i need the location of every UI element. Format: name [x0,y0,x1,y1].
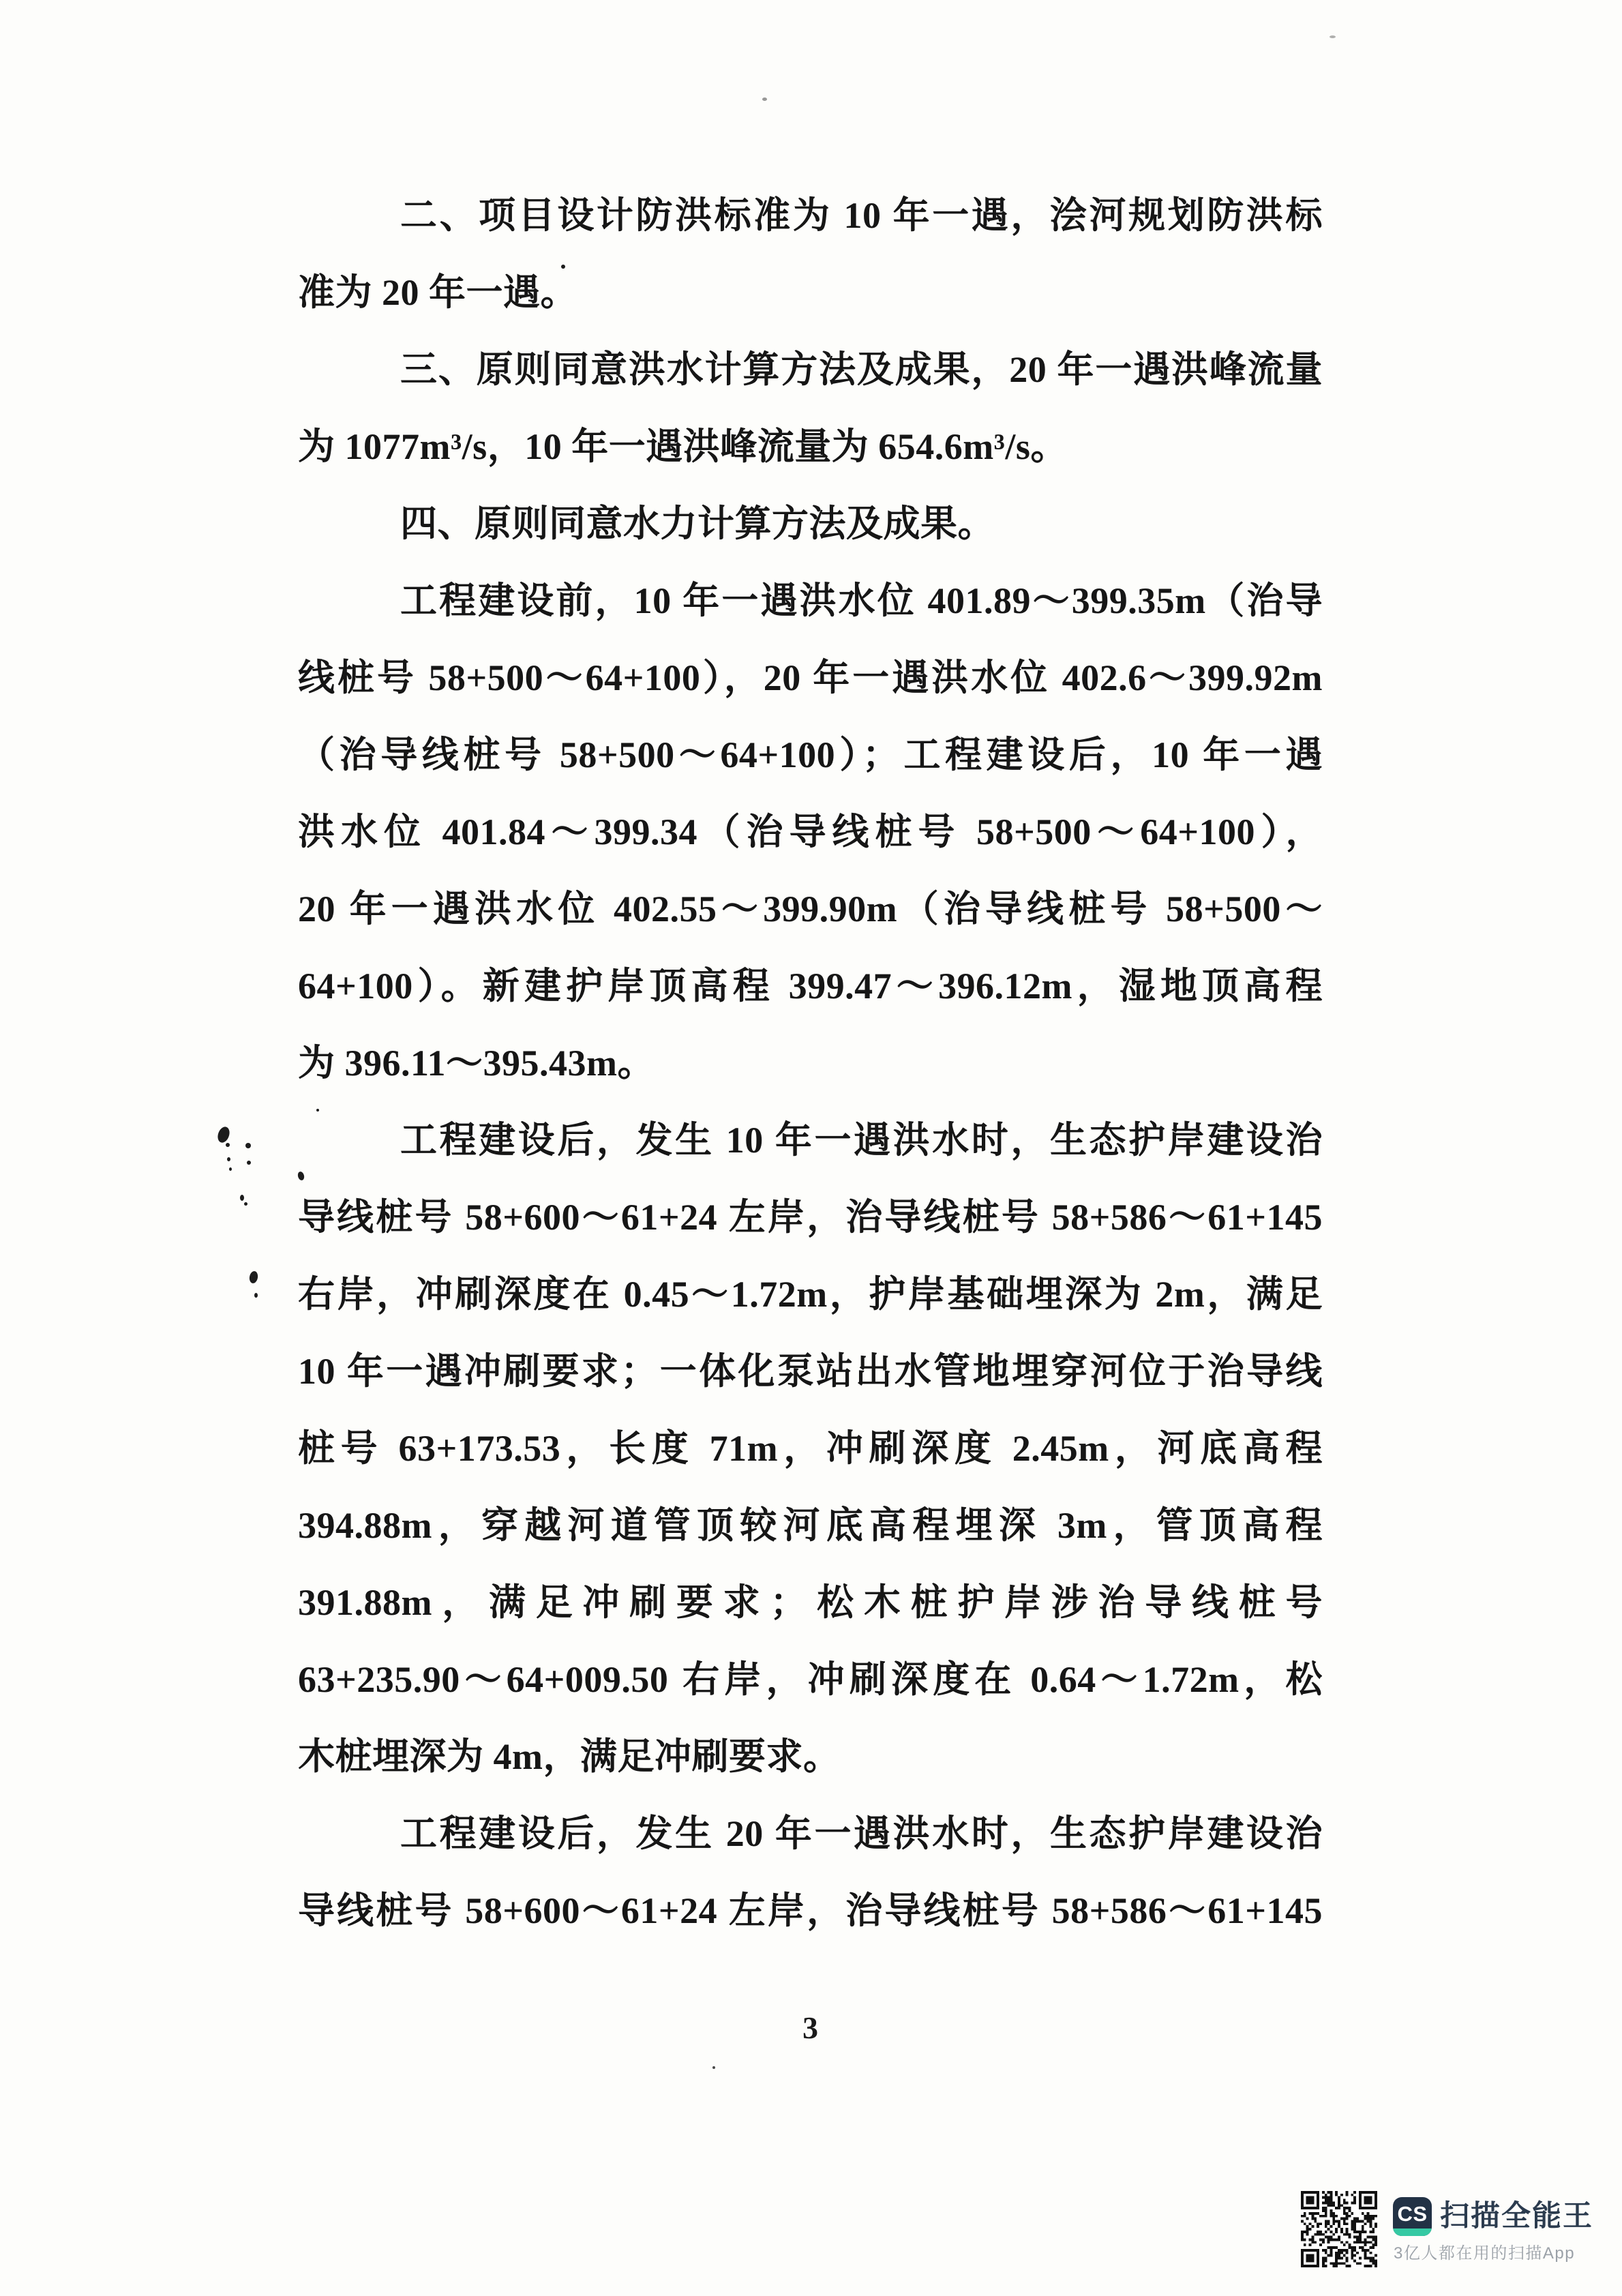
text-line: 木桩埋深为 4m，满足冲刷要求。 [298,1718,1323,1795]
text-line: 洪水位 401.84～399.34（治导线桩号 58+500～64+100）， [298,794,1323,871]
text-line: 391.88m，满足冲刷要求；松木桩护岸涉治导线桩号 [298,1564,1323,1641]
text-line: （治导线桩号 58+500～64+100）；工程建设后，10 年一遇 [298,717,1323,794]
text-line: 20 年一遇洪水位 402.55～399.90m（治导线桩号 58+500～ [298,871,1323,948]
document-body: 二、项目设计防洪标准为 10 年一遇，浍河规划防洪标 准为 20 年一遇。 三、… [298,177,1323,1950]
text-line: 为 1077m³/s，10 年一遇洪峰流量为 654.6m³/s。 [298,408,1323,486]
text-line: 导线桩号 58+600～61+24 左岸，治导线桩号 58+586～61+145 [298,1179,1323,1256]
text-line: 线桩号 58+500～64+100），20 年一遇洪水位 402.6～399.9… [298,640,1323,717]
text-line: 工程建设后，发生 20 年一遇洪水时，生态护岸建设治 [298,1795,1323,1873]
ink-speck [227,1157,230,1161]
text-line: 工程建设后，发生 10 年一遇洪水时，生态护岸建设治 [298,1102,1323,1179]
ink-speck [249,1270,259,1284]
cs-logo-letters: CS [1393,2198,1432,2230]
ink-speck [1330,35,1336,38]
ink-speck [244,1202,247,1206]
ink-speck [807,745,811,749]
ink-speck [215,1125,231,1144]
text-line: 10 年一遇冲刷要求；一体化泵站出水管地埋穿河位于治导线 [298,1333,1323,1410]
app-name: 扫描全能王 [1440,2197,1593,2236]
text-line: 为 396.11～395.43m。 [298,1025,1323,1102]
ink-speck [712,2066,715,2069]
ink-speck [561,265,565,269]
text-line: 64+100）。新建护岸顶高程 399.47～396.12m，湿地顶高程 [298,948,1323,1025]
camscanner-logo-icon: CS [1393,2197,1432,2236]
cs-logo-teal-bar [1393,2228,1432,2236]
ink-speck [226,1143,230,1147]
text-line: 394.88m，穿越河道管顶较河底高程埋深 3m，管顶高程 [298,1487,1323,1564]
text-line: 导线桩号 58+600～61+24 左岸，治导线桩号 58+586～61+145 [298,1873,1323,1950]
ink-speck [229,1167,232,1171]
ink-speck [240,1195,244,1201]
ink-speck [247,1161,251,1165]
scanned-document-page: 二、项目设计防洪标准为 10 年一遇，浍河规划防洪标 准为 20 年一遇。 三、… [0,0,1622,2296]
qr-code-icon [1301,2190,1377,2268]
ink-speck [762,98,767,101]
text-line: 二、项目设计防洪标准为 10 年一遇，浍河规划防洪标 [298,177,1323,254]
ink-speck [245,1143,251,1148]
text-line: 右岸，冲刷深度在 0.45～1.72m，护岸基础埋深为 2m，满足 [298,1256,1323,1333]
text-line: 四、原则同意水力计算方法及成果。 [298,486,1323,563]
text-line: 准为 20 年一遇。 [298,254,1323,331]
text-line: 三、原则同意洪水计算方法及成果，20 年一遇洪峰流量 [298,331,1323,408]
text-line: 63+235.90～64+009.50 右岸，冲刷深度在 0.64～1.72m，… [298,1641,1323,1718]
ink-speck [254,1293,258,1298]
page-number: 3 [298,2003,1323,2053]
app-tagline: 3亿人都在用的扫描App [1394,2242,1575,2265]
ink-speck [316,1109,319,1112]
text-line: 桩号 63+173.53，长度 71m，冲刷深度 2.45m，河底高程 [298,1410,1323,1487]
text-line: 工程建设前，10 年一遇洪水位 401.89～399.35m（治导 [298,563,1323,640]
